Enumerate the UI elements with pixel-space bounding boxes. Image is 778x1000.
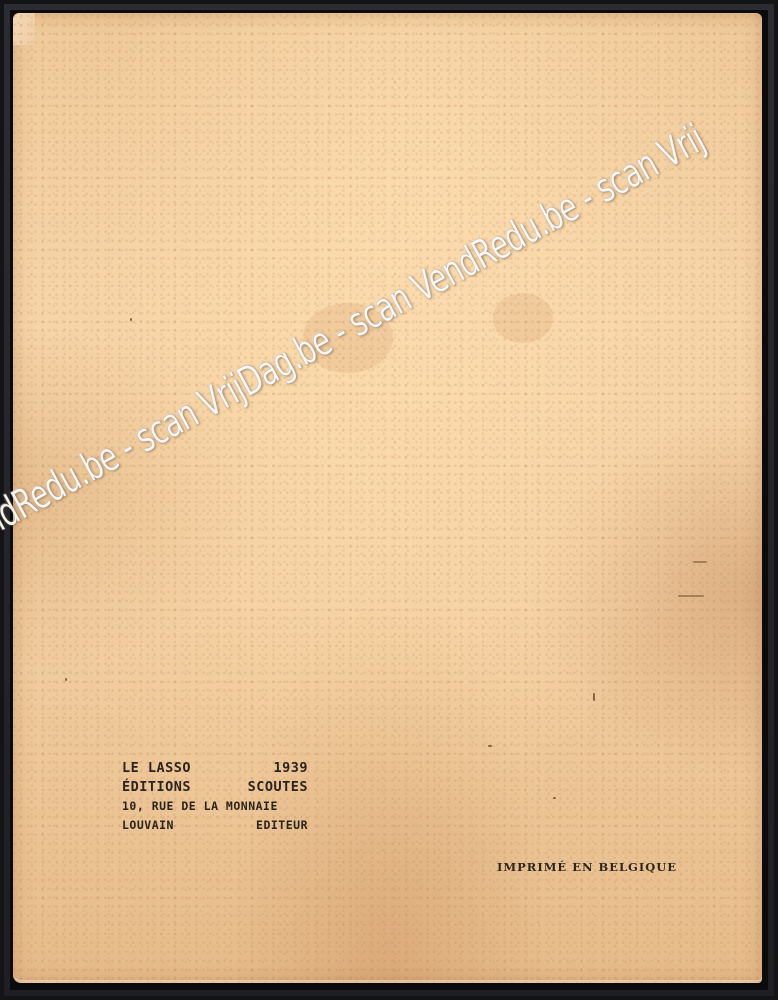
paper-speck (65, 678, 67, 681)
publisher-city: LOUVAIN (122, 818, 174, 832)
imprint-line-3: 10, RUE DE LA MONNAIE (122, 796, 308, 815)
imprint-line-2: ÉDITIONS SCOUTES (122, 777, 308, 796)
paper-speck (553, 797, 556, 799)
paper-speck (693, 561, 707, 563)
publisher-imprint: LE LASSO 1939 ÉDITIONS SCOUTES 10, RUE D… (122, 758, 308, 834)
paper-speck (488, 745, 492, 747)
paper-stain (303, 303, 393, 373)
imprint-line-4: LOUVAIN EDITEUR (122, 815, 308, 834)
worn-corner (13, 13, 35, 45)
paper-speck (678, 595, 704, 597)
paper-speck (130, 318, 132, 321)
publisher-address: 10, RUE DE LA MONNAIE (122, 799, 278, 813)
publisher-role: EDITEUR (256, 818, 308, 832)
printed-in-label: IMPRIMÉ EN BELGIQUE (497, 860, 677, 874)
publication-year: 1939 (273, 760, 308, 776)
publisher-name-2: SCOUTES (248, 779, 308, 795)
book-back-cover (13, 13, 762, 983)
paper-speck (593, 693, 595, 701)
imprint-line-1: LE LASSO 1939 (122, 758, 308, 777)
publisher-name-1: ÉDITIONS (122, 779, 191, 795)
series-name: LE LASSO (122, 760, 191, 776)
paper-stain (493, 293, 553, 343)
